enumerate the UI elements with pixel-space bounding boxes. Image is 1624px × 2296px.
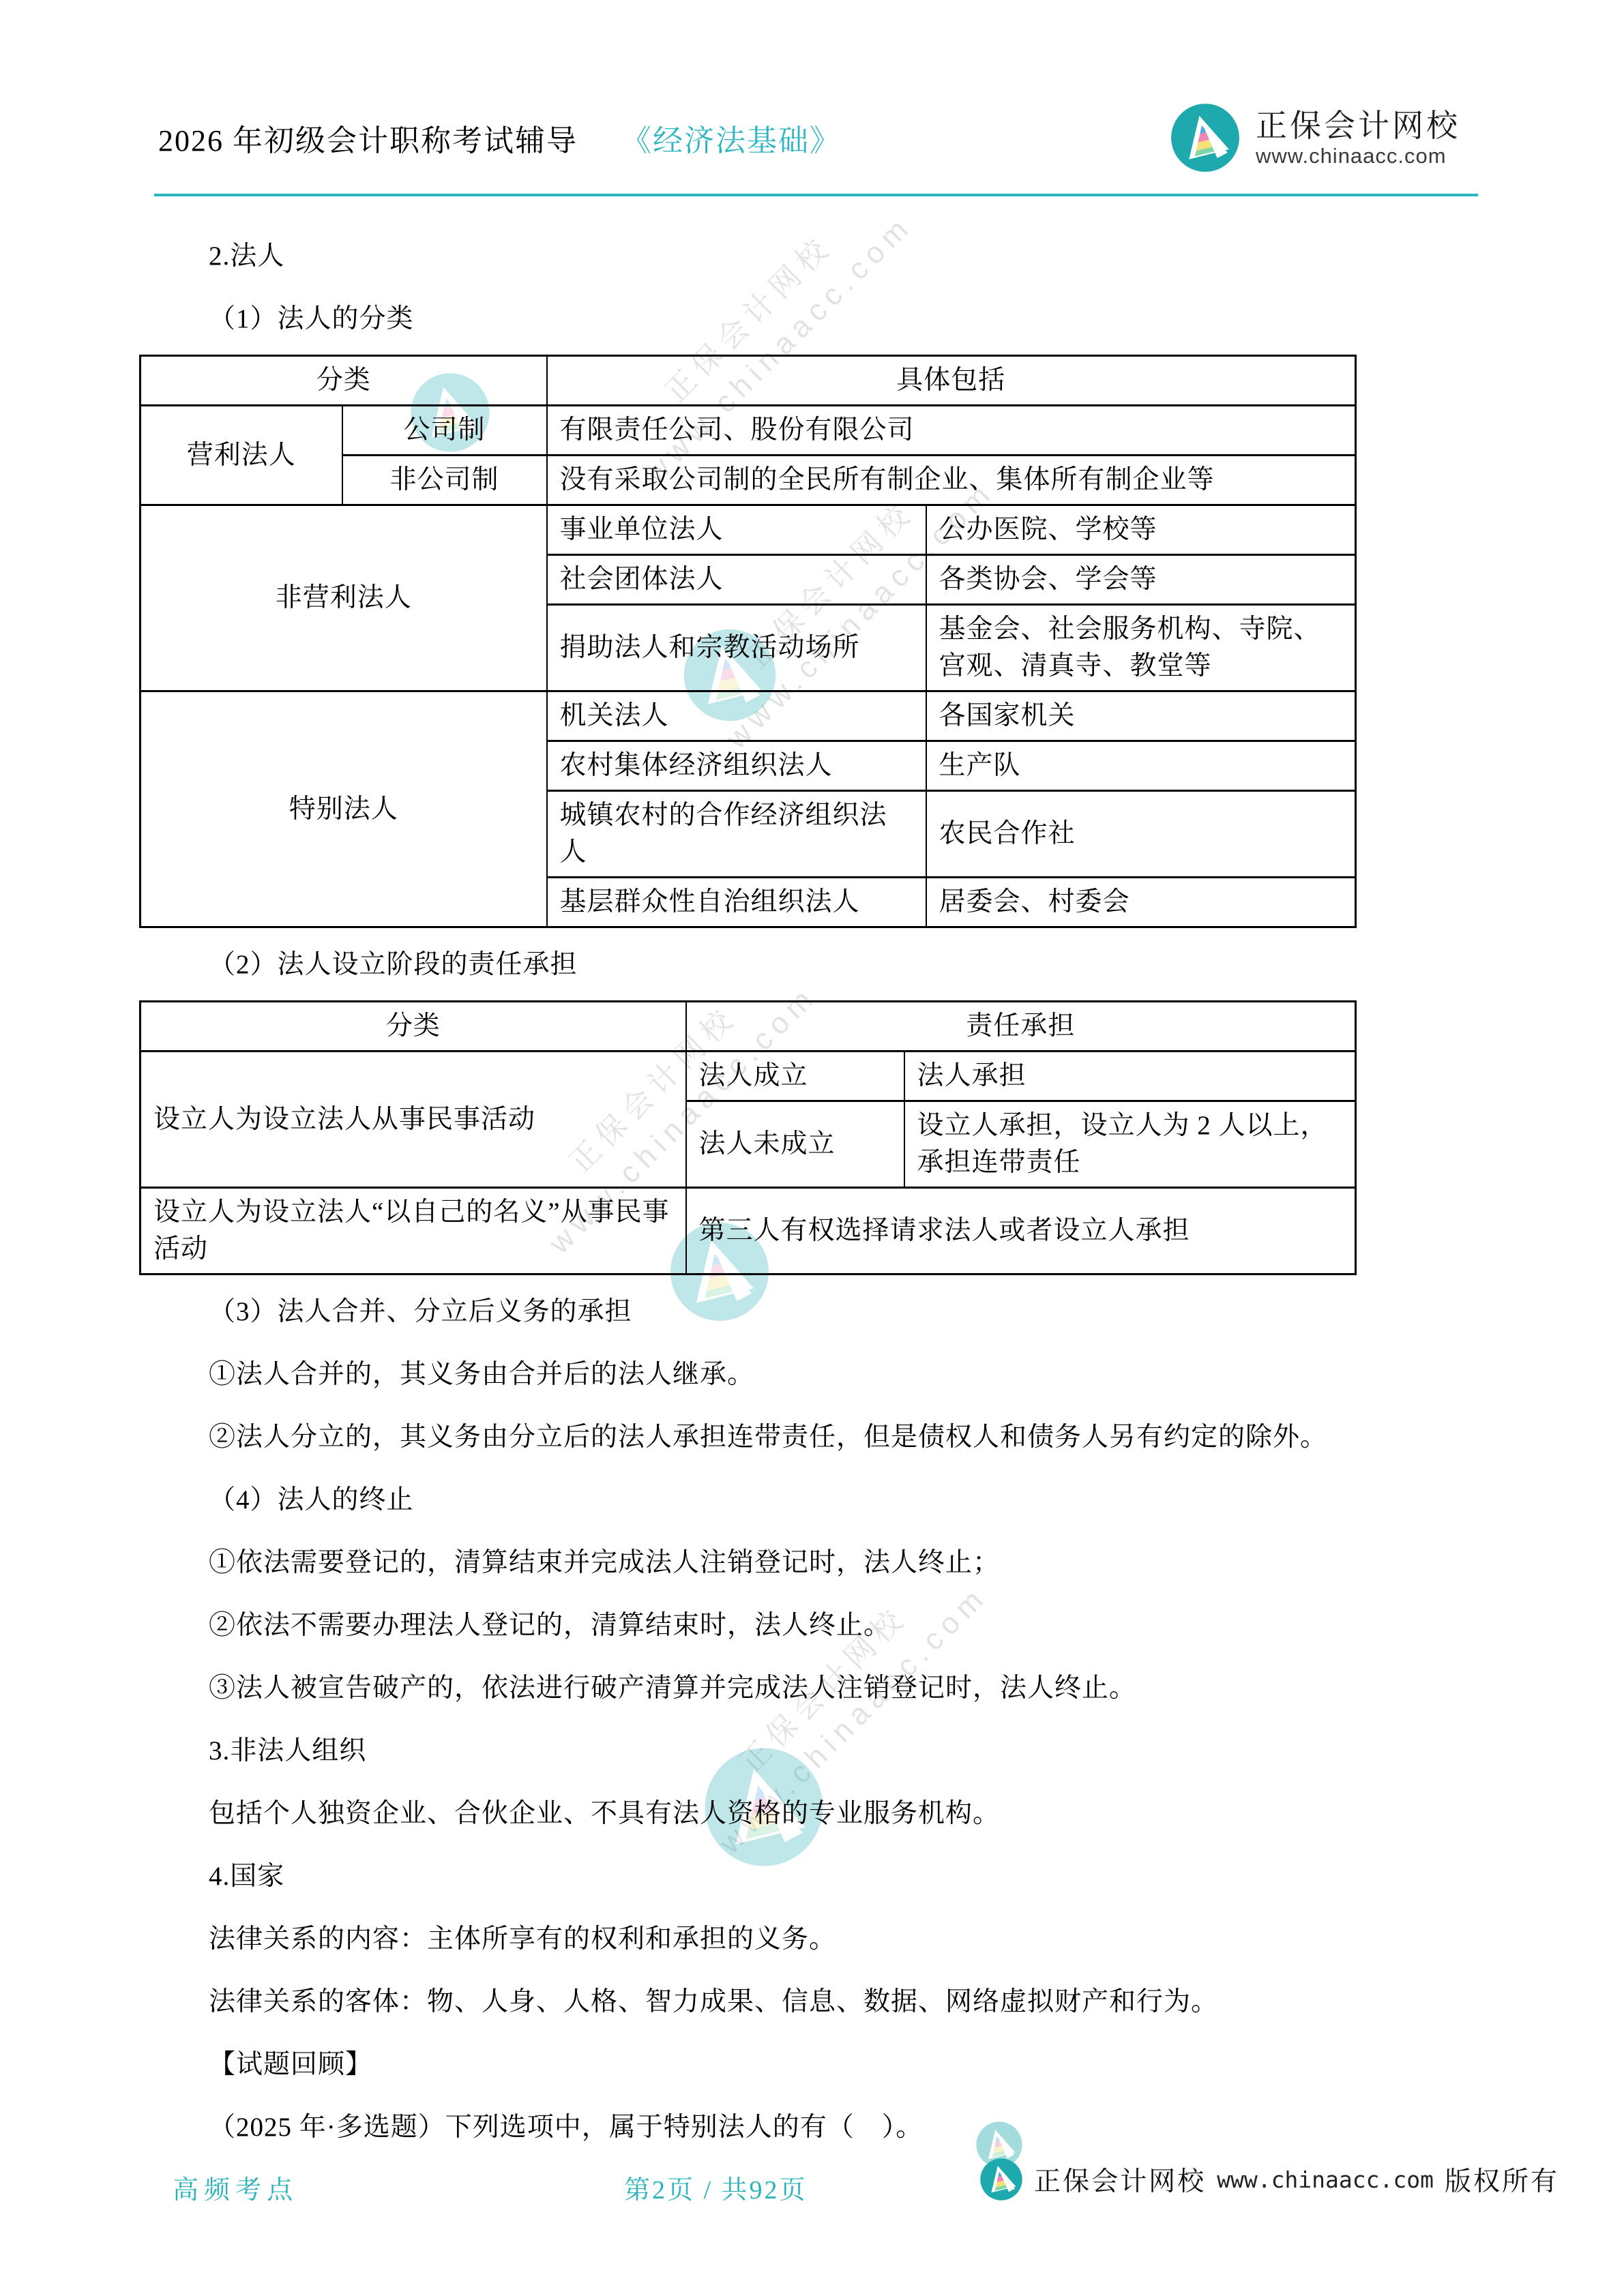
heading-termination: （4）法人的终止 [209, 1484, 1522, 1517]
review-section-title: 【试题回顾】 [209, 2048, 1522, 2081]
t2-condition: 法人成立 [686, 1052, 904, 1101]
brand-logo-icon [979, 2158, 1023, 2201]
footer-copyright: 版权所有 [1445, 2160, 1559, 2198]
t1-header-category: 分类 [141, 356, 547, 406]
page-footer: 高频考点 第2页 / 共92页 正保会计网校 www.chinaacc.com … [0, 2153, 1624, 2212]
t1-type: 城镇农村的合作经济组织法人 [547, 791, 926, 878]
t1-type: 非公司制 [342, 456, 547, 505]
brand-logo-icon [1170, 102, 1241, 173]
t1-detail: 基金会、社会服务机构、寺院、宫观、清真寺、教堂等 [926, 605, 1356, 691]
table-row: 设立人为设立法人“以自己的名义”从事民事活动 第三人有权选择请求法人或者设立人承… [141, 1188, 1356, 1274]
document-body: 2.法人 （1）法人的分类 分类 具体包括 营利法人 公司制 有限责任公司、股份… [139, 240, 1522, 2144]
t1-detail: 农民合作社 [926, 791, 1356, 878]
page-header: 2026 年初级会计职称考试辅导 《经济法基础》 正保会计网校 www.chin… [0, 0, 1624, 196]
relation-object: 法律关系的客体：物、人身、人格、智力成果、信息、数据、网络虚拟财产和行为。 [209, 1986, 1522, 2018]
termination-rule-3: ③法人被宣告破产的，依法进行破产清算并完成法人注销登记时，法人终止。 [209, 1672, 1522, 1705]
footer-brand-url: www.chinaacc.com [1217, 2166, 1434, 2193]
heading-unincorporated: 3.非法人组织 [209, 1735, 1522, 1768]
t1-detail: 公办医院、学校等 [926, 505, 1356, 555]
page-number: 第2页 / 共92页 [624, 2168, 808, 2206]
review-question: （2025 年·多选题）下列选项中，属于特别法人的有（ ）。 [209, 2111, 1522, 2144]
footer-brand: 正保会计网校 www.chinaacc.com 版权所有 [979, 2158, 1559, 2201]
setup-liability-table: 分类 责任承担 设立人为设立法人从事民事活动 法人成立 法人承担 法人未成立 设… [139, 1000, 1357, 1275]
t1-category-profit: 营利法人 [141, 406, 342, 505]
t1-detail: 居委会、村委会 [926, 878, 1356, 927]
brand-name: 正保会计网校 [1256, 107, 1460, 144]
t1-category-special: 特别法人 [141, 691, 547, 927]
t1-type: 捐助法人和宗教活动场所 [547, 605, 926, 691]
table-row: 营利法人 公司制 有限责任公司、股份有限公司 [141, 406, 1356, 456]
t2-result: 法人承担 [904, 1052, 1356, 1101]
brand-logo: 正保会计网校 www.chinaacc.com [1170, 102, 1460, 173]
t1-detail: 没有采取公司制的全民所有制企业、集体所有制企业等 [547, 456, 1356, 505]
heading-classification: （1）法人的分类 [209, 303, 1522, 336]
heading-legal-person: 2.法人 [209, 240, 1522, 273]
table-row: 特别法人 机关法人 各国家机关 [141, 691, 1356, 741]
course-title: 2026 年初级会计职称考试辅导 [158, 116, 578, 160]
book-title: 《经济法基础》 [621, 116, 841, 160]
t2-header-category: 分类 [141, 1002, 686, 1052]
merge-rule-1: ①法人合并的，其义务由合并后的法人继承。 [209, 1358, 1522, 1391]
t2-header-liability: 责任承担 [686, 1002, 1356, 1052]
t1-detail: 有限责任公司、股份有限公司 [547, 406, 1356, 456]
termination-rule-2: ②依法不需要办理法人登记的，清算结束时，法人终止。 [209, 1609, 1522, 1642]
t1-category-nonprofit: 非营利法人 [141, 505, 547, 691]
table-row: 分类 责任承担 [141, 1002, 1356, 1052]
t1-type: 事业单位法人 [547, 505, 926, 555]
t1-detail: 生产队 [926, 741, 1356, 791]
t2-category: 设立人为设立法人从事民事活动 [141, 1052, 686, 1188]
heading-merge-split: （3）法人合并、分立后义务的承担 [209, 1296, 1522, 1328]
merge-rule-2: ②法人分立的，其义务由分立后的法人承担连带责任，但是债权人和债务人另有约定的除外… [209, 1421, 1522, 1454]
header-divider [154, 194, 1478, 196]
heading-state: 4.国家 [209, 1860, 1522, 1893]
document-page: 正保会计网校 www.chinaacc.com 正保会计网校 www.china… [0, 0, 1624, 2296]
t1-header-detail: 具体包括 [547, 356, 1356, 406]
t2-condition: 法人未成立 [686, 1101, 904, 1188]
brand-url: www.chinaacc.com [1256, 144, 1460, 169]
t1-type: 基层群众性自治组织法人 [547, 878, 926, 927]
footer-tag: 高频考点 [173, 2168, 298, 2206]
table-row: 分类 具体包括 [141, 356, 1356, 406]
t1-type: 公司制 [342, 406, 547, 456]
t1-type: 社会团体法人 [547, 555, 926, 605]
table-row: 非营利法人 事业单位法人 公办医院、学校等 [141, 505, 1356, 555]
t2-result: 设立人承担，设立人为 2 人以上，承担连带责任 [904, 1101, 1356, 1188]
table-row: 设立人为设立法人从事民事活动 法人成立 法人承担 [141, 1052, 1356, 1101]
footer-brand-name: 正保会计网校 [1034, 2160, 1206, 2198]
heading-setup-liability: （2）法人设立阶段的责任承担 [209, 949, 1522, 981]
t2-result: 第三人有权选择请求法人或者设立人承担 [686, 1188, 1356, 1274]
relation-content: 法律关系的内容：主体所享有的权利和承担的义务。 [209, 1923, 1522, 1956]
t1-type: 农村集体经济组织法人 [547, 741, 926, 791]
unincorporated-detail: 包括个人独资企业、合伙企业、不具有法人资格的专业服务机构。 [209, 1798, 1522, 1830]
t1-detail: 各国家机关 [926, 691, 1356, 741]
t2-category: 设立人为设立法人“以自己的名义”从事民事活动 [141, 1188, 686, 1274]
t1-type: 机关法人 [547, 691, 926, 741]
legal-person-classification-table: 分类 具体包括 营利法人 公司制 有限责任公司、股份有限公司 非公司制 没有采取… [139, 355, 1357, 928]
termination-rule-1: ①依法需要登记的，清算结束并完成法人注销登记时，法人终止； [209, 1547, 1522, 1579]
t1-detail: 各类协会、学会等 [926, 555, 1356, 605]
